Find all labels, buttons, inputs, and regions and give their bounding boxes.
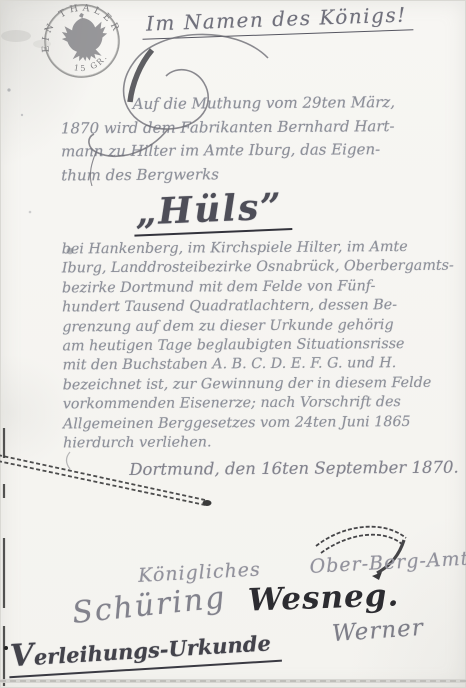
body-line: hierdurch verliehen. — [63, 432, 465, 454]
body-line: Iburg, Landdrosteibezirke Osnabrück, Obe… — [62, 257, 464, 279]
signature-official-1: Schüring — [71, 580, 228, 631]
scanned-document-page: EIN THALER 15 GR. Im Namen des Königs! A… — [0, 0, 466, 688]
signature-official-2: Wesneg. — [247, 577, 399, 618]
mine-name: „Hüls” — [133, 185, 292, 237]
dateline: Dortmund, den 16ten September 1870. — [63, 458, 465, 480]
scan-bottom-edge — [0, 679, 466, 683]
body-line: mann zu Hilter im Amte Iburg, das Eigen- — [61, 138, 463, 164]
body-line: thum des Bergwerks — [61, 161, 463, 187]
mine-name-line: „Hüls” — [133, 187, 463, 234]
body-line: am heutigen Tage beglaubigten Situations… — [62, 335, 464, 357]
body-line: Auf die Muthung vom 29ten März, — [61, 91, 463, 117]
deed-body-text: Auf die Muthung vom 29ten März, 1870 wir… — [61, 91, 466, 480]
signature-official-3: Werner — [331, 615, 424, 647]
body-line: Allgemeinen Berggesetzes vom 24ten Juni … — [63, 412, 465, 434]
fee-stamp-seal: EIN THALER 15 GR. — [33, 0, 130, 86]
body-line: 1870 wird dem Fabrikanten Bernhard Hart- — [61, 114, 463, 140]
document-header-title: Im Namen des Königs! — [142, 2, 414, 39]
document-type-label: Verleihungs-Urkunde — [7, 622, 282, 679]
body-line: bezeichnet ist, zur Gewinnung der in die… — [63, 373, 465, 395]
